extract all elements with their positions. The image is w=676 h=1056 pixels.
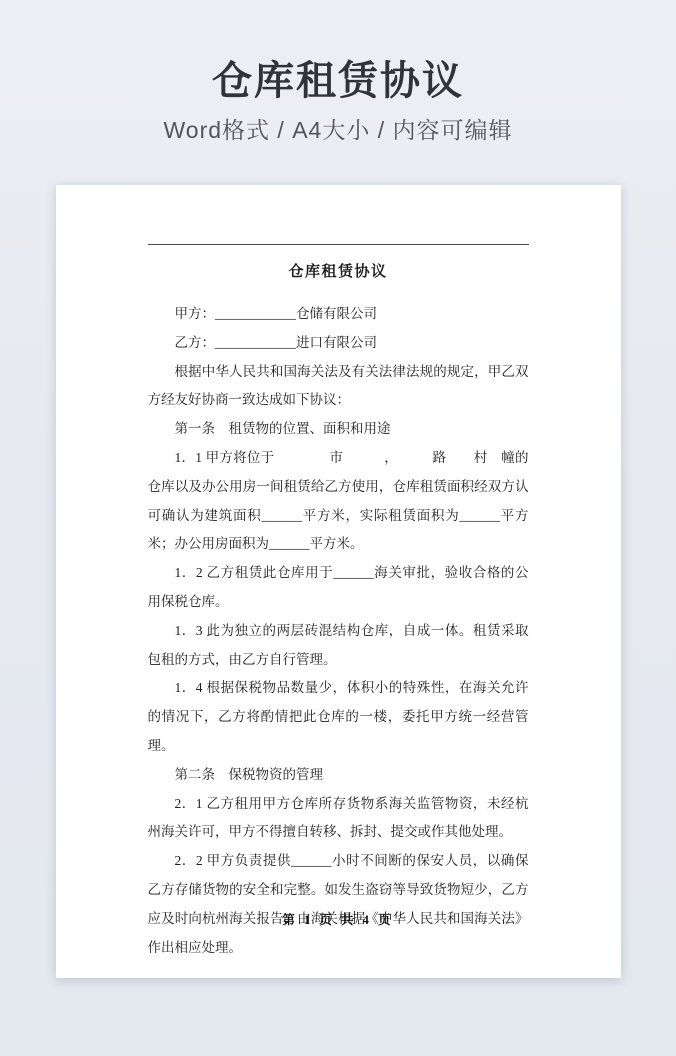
a4-document-page: 仓库租赁协议 甲方：____________仓储有限公司 乙方：________… (56, 185, 621, 978)
article-2-heading: 第二条 保税物资的管理 (148, 761, 529, 790)
clause-1-4: 1．4 根据保税物品数量少，体积小的特殊性，在海关允许的情况下，乙方将酌情把此仓… (148, 674, 529, 760)
page-subtitle: Word格式 / A4大小 / 内容可编辑 (0, 115, 676, 145)
intro-paragraph: 根据中华人民共和国海关法及有关法律法规的规定，甲乙双方经友好协商一致达成如下协议… (148, 358, 529, 416)
party-b-line: 乙方：____________进口有限公司 (148, 329, 529, 358)
page-number-footer: 第 1 页 共 4 页 (56, 910, 621, 928)
clause-1-1: 1．1 甲方将位于 市 ， 路 村 幢的仓库以及办公用房一间租赁给乙方使用，仓库… (148, 444, 529, 559)
party-a-line: 甲方：____________仓储有限公司 (148, 300, 529, 329)
clause-1-3: 1．3 此为独立的两层砖混结构仓库，自成一体。租赁采取包租的方式，由乙方自行管理… (148, 617, 529, 675)
clause-2-1: 2．1 乙方租用甲方仓库所存货物系海关监管物资，未经杭州海关许可，甲方不得擅自转… (148, 790, 529, 848)
template-preview-background: 仓库租赁协议 Word格式 / A4大小 / 内容可编辑 仓库租赁协议 甲方：_… (0, 0, 676, 1056)
document-title: 仓库租赁协议 (148, 262, 529, 282)
clause-1-2: 1．2 乙方租赁此仓库用于______海关审批，验收合格的公用保税仓库。 (148, 559, 529, 617)
document-top-divider (148, 244, 529, 245)
article-1-heading: 第一条 租赁物的位置、面积和用途 (148, 415, 529, 444)
template-header: 仓库租赁协议 Word格式 / A4大小 / 内容可编辑 (0, 0, 676, 145)
clause-2-2: 2．2 甲方负责提供______小时不间断的保安人员，以确保乙方存储货物的安全和… (148, 847, 529, 962)
document-body: 甲方：____________仓储有限公司 乙方：____________进口有… (148, 300, 529, 962)
page-title: 仓库租赁协议 (0, 56, 676, 106)
